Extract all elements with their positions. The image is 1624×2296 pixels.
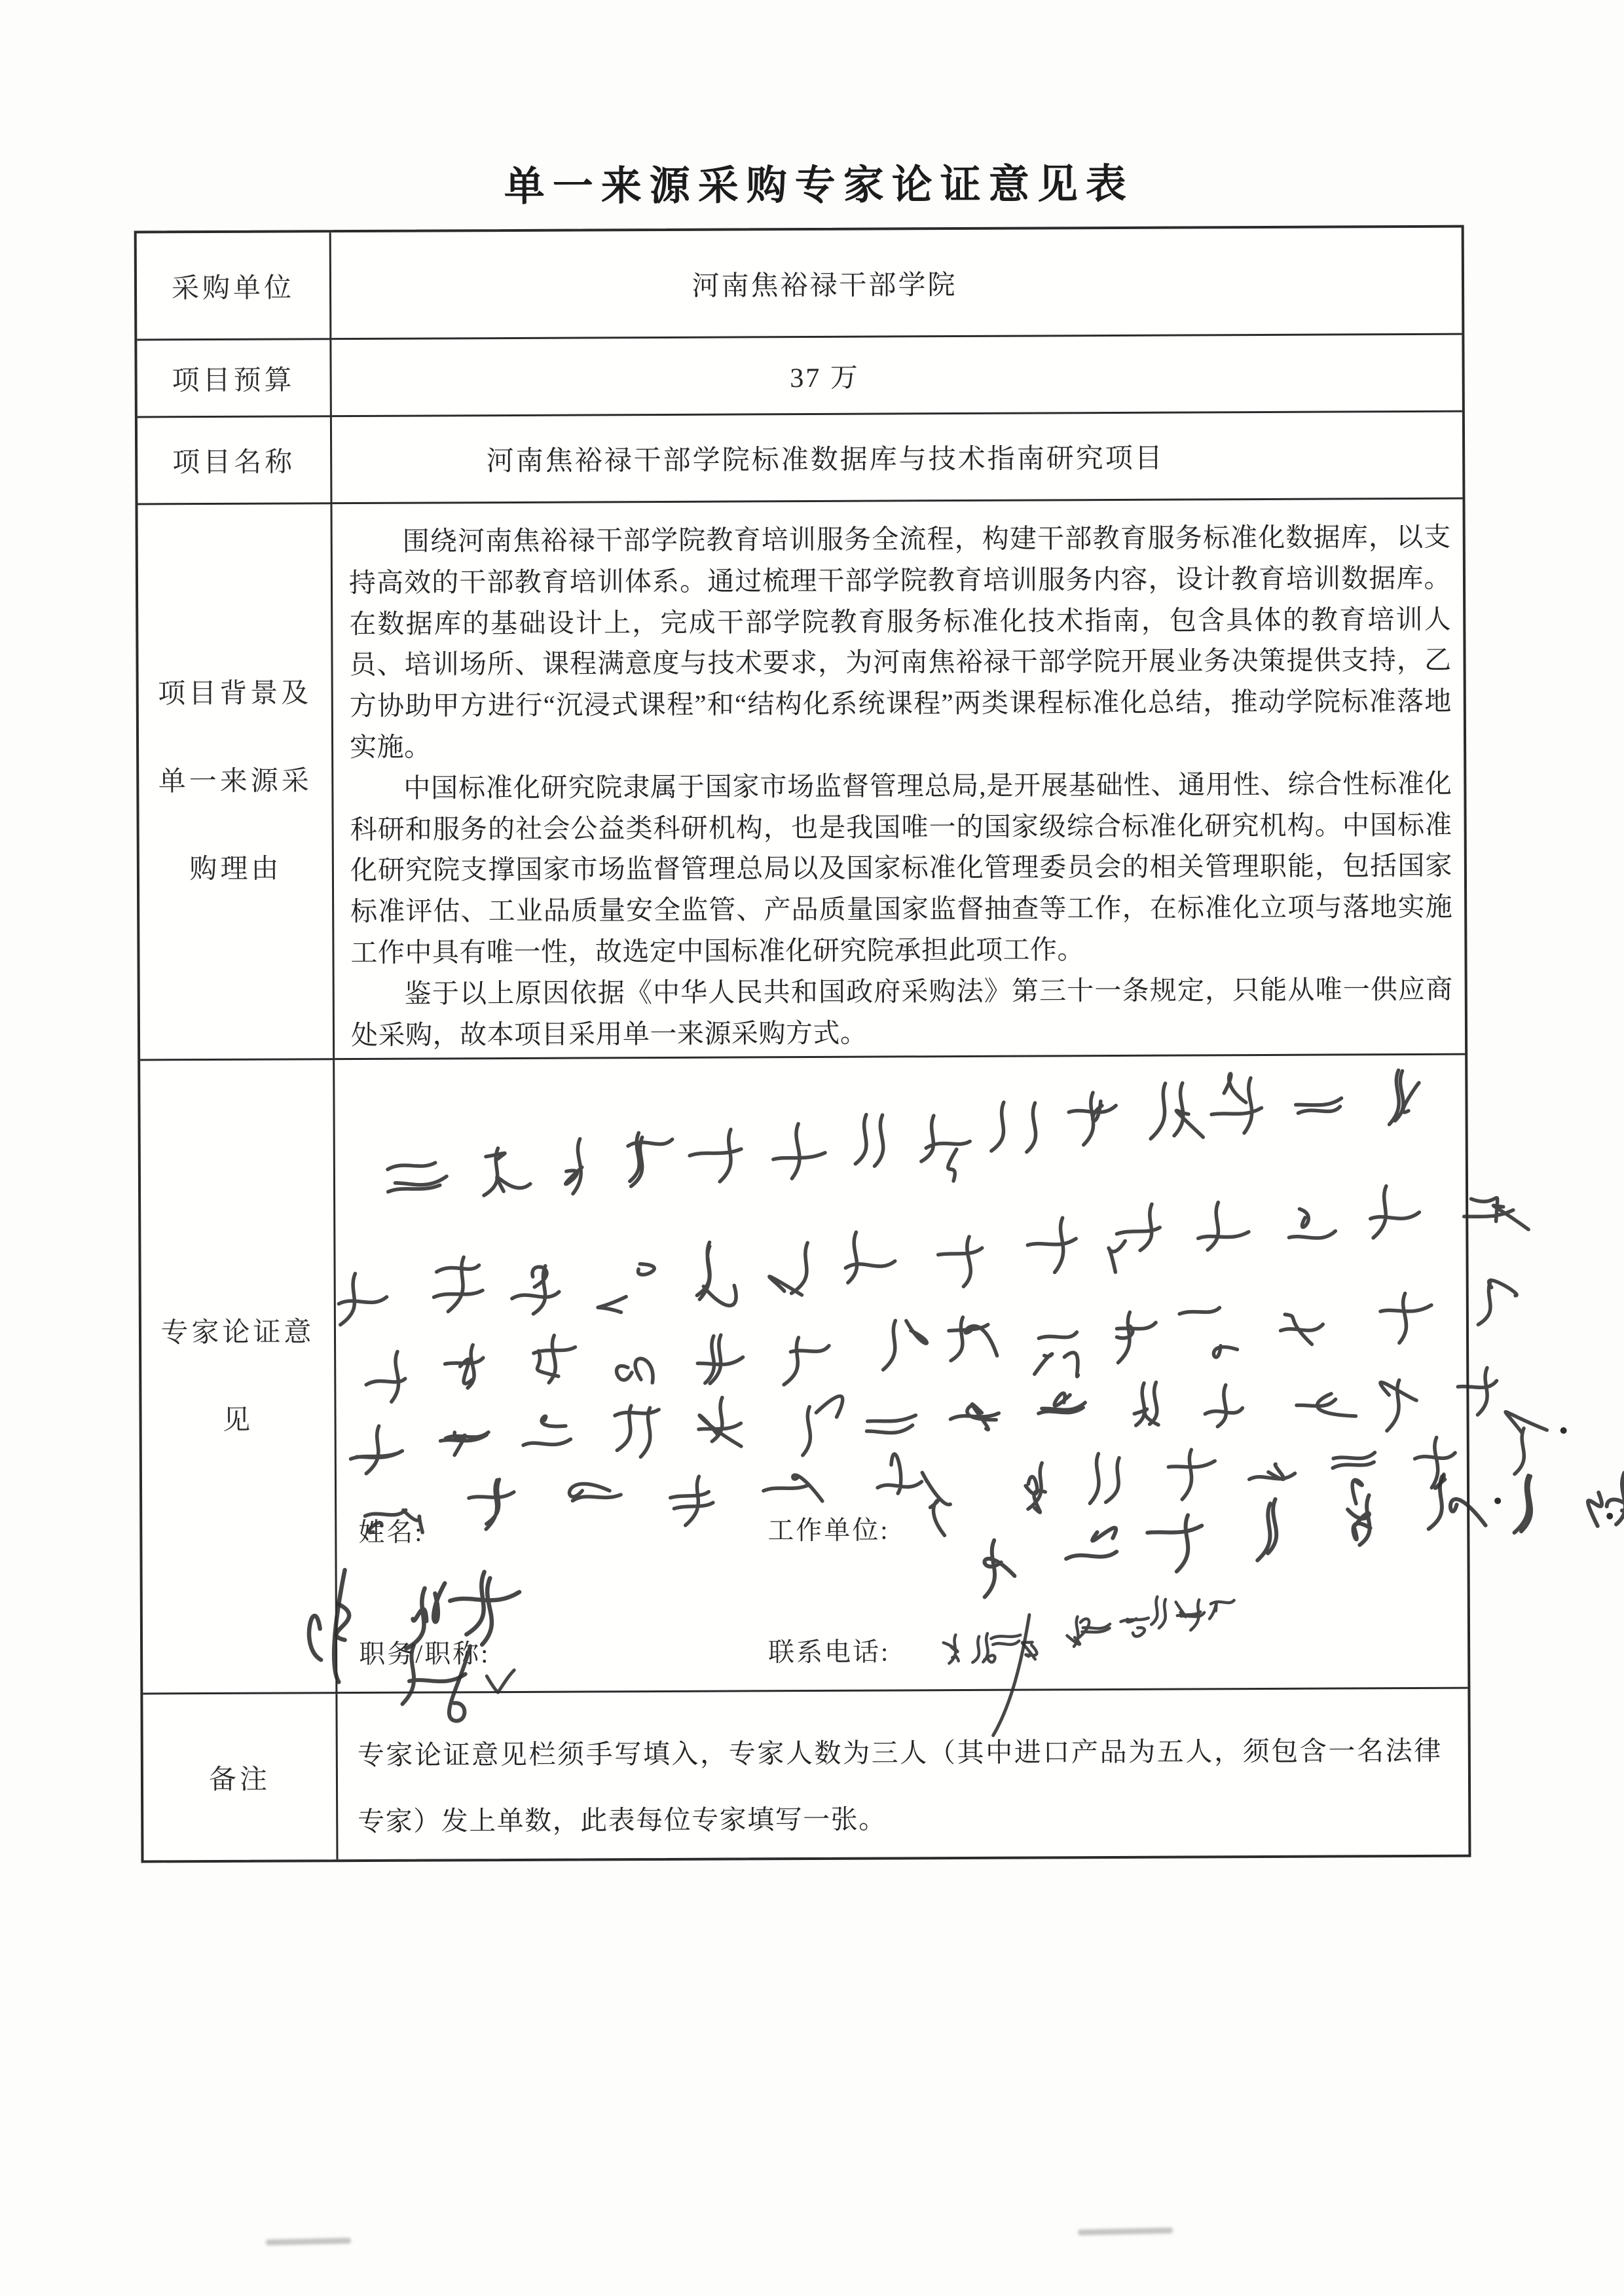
- phone-label: 联系电话:: [768, 1631, 890, 1669]
- row-label: 项目预算: [172, 358, 295, 398]
- page-title: 单一来源采购专家论证意见表: [134, 150, 1458, 214]
- scan-smudge-left: [266, 2238, 351, 2246]
- value-cell-procurement-unit: 河南焦裕禄干部学院: [331, 228, 1462, 340]
- project-budget-value: 37 万: [790, 355, 860, 395]
- remark-text: 专家论证意见栏须手写填入，专家人数为三人（其中进口产品为五人，须包含一名法律专家…: [358, 1736, 1442, 1836]
- background-paragraph-2: 中国标准化研究院隶属于国家市场监督管理总局,是开展基础性、通用性、综合性标准化科…: [350, 763, 1452, 974]
- background-paragraph-1: 围绕河南焦裕禄干部学院教育培训服务全流程，构建干部教育服务标准化数据库，以支持高…: [349, 517, 1452, 768]
- row-label: 备注: [209, 1757, 270, 1796]
- label-cell-remark: 备注: [143, 1694, 338, 1860]
- background-paragraph-3: 鉴于以上原因依据《中华人民共和国政府采购法》第三十一条规定，只能从唯一供应商处采…: [351, 968, 1454, 1055]
- scanned-form-sheet: 单一来源采购专家论证意见表 采购单位 河南焦裕禄干部学院 项目预算 37 万 项…: [0, 0, 1624, 2296]
- value-cell-remark: 专家论证意见栏须手写填入，专家人数为三人（其中进口产品为五人，须包含一名法律专家…: [337, 1689, 1468, 1860]
- label-cell-background-reason: 项目背景及单一来源采购理由: [138, 504, 335, 1061]
- row-label: 采购单位: [172, 266, 295, 306]
- scan-smudge-right: [1078, 2227, 1173, 2235]
- position-title-label: 职务/职称:: [359, 1633, 490, 1671]
- label-cell-project-budget: 项目预算: [137, 340, 332, 418]
- value-cell-project-name: 河南焦裕禄干部学院标准数据库与技术指南研究项目: [332, 412, 1463, 505]
- work-unit-label: 工作单位:: [767, 1509, 889, 1547]
- label-cell-project-name: 项目名称: [138, 417, 333, 505]
- value-cell-background-reason: 围绕河南焦裕禄干部学院教育培训服务全流程，构建干部教育服务标准化数据库，以支持高…: [332, 500, 1465, 1061]
- row-label: 项目名称: [172, 440, 295, 480]
- row-label: 专家论证意见: [157, 1288, 320, 1465]
- value-cell-project-budget: 37 万: [331, 335, 1462, 418]
- procurement-table: 采购单位 河南焦裕禄干部学院 项目预算 37 万 项目名称 河南焦裕禄干部学院标…: [134, 225, 1471, 1863]
- label-cell-procurement-unit: 采购单位: [137, 232, 332, 340]
- procurement-unit-value: 河南焦裕禄干部学院: [692, 263, 957, 304]
- project-name-value: 河南焦裕禄干部学院标准数据库与技术指南研究项目: [487, 437, 1164, 479]
- row-label: 项目背景及单一来源采购理由: [153, 649, 317, 913]
- label-cell-expert-opinion: 专家论证意见: [140, 1060, 337, 1694]
- value-cell-expert-opinion: 姓名: 工作单位: 职务/职称: 联系电话:: [335, 1055, 1467, 1694]
- name-label: 姓名:: [358, 1512, 424, 1549]
